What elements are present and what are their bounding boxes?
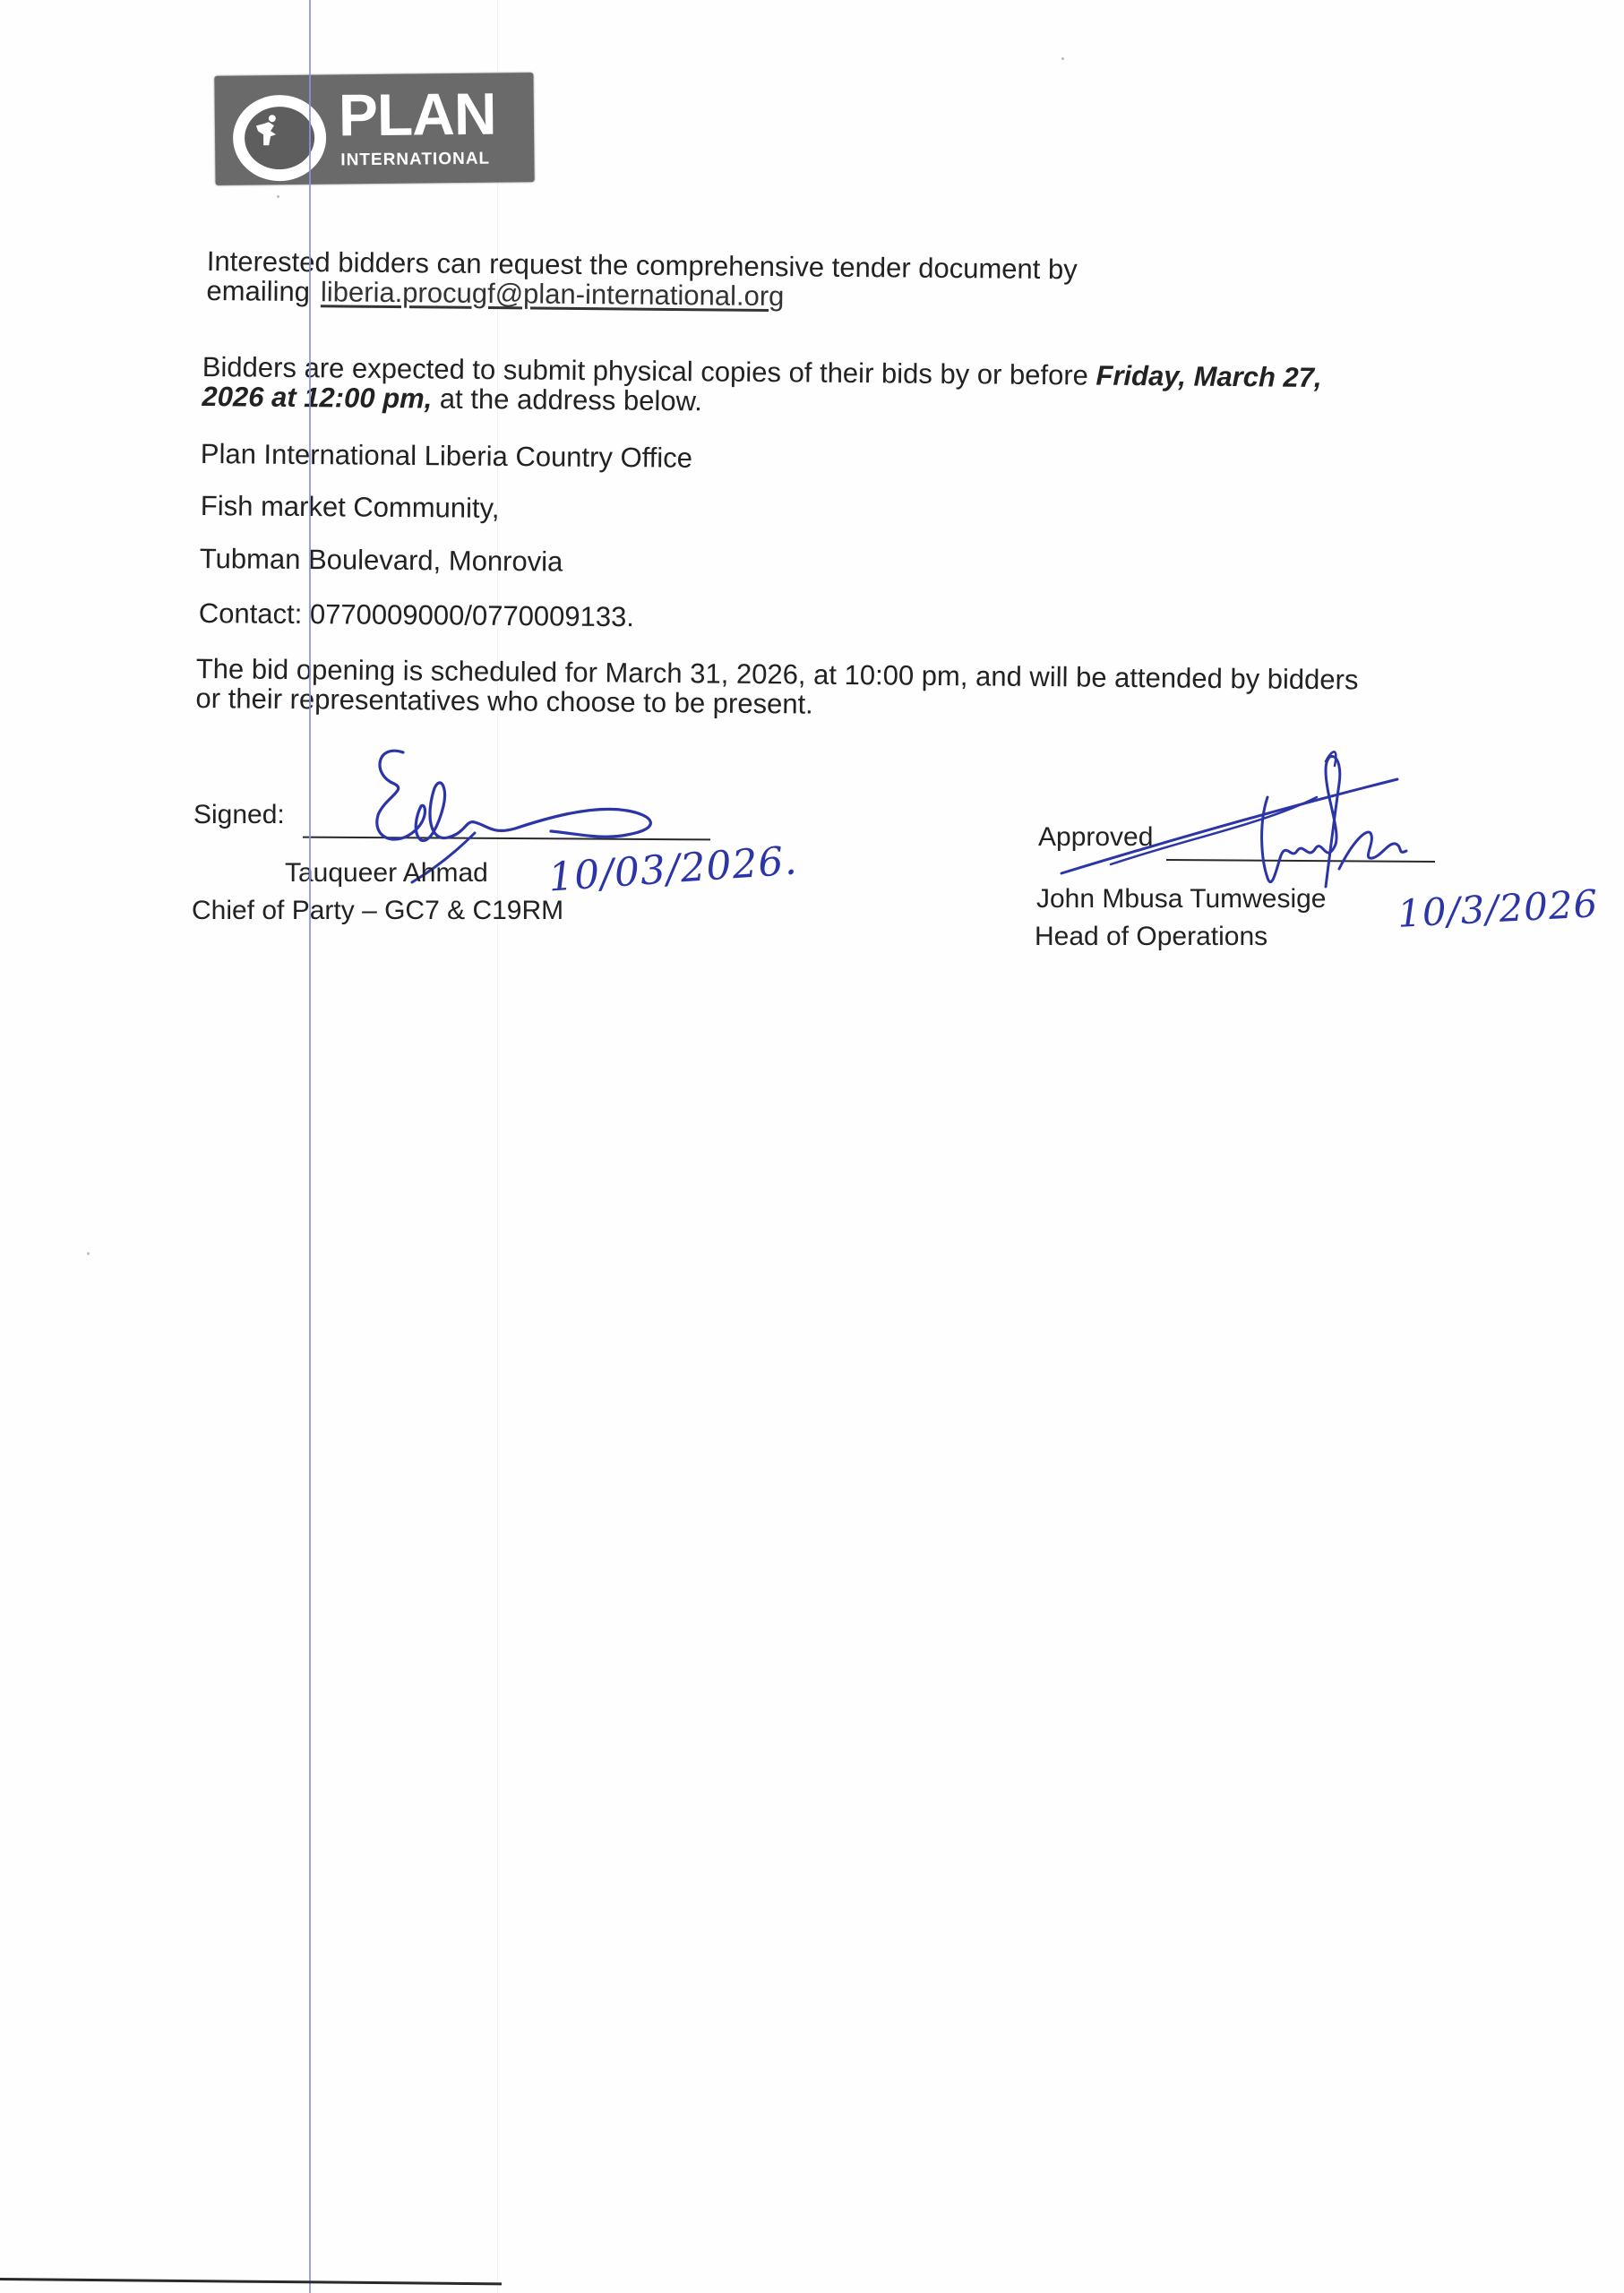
contact-label: Contact: (199, 597, 303, 630)
approver-title: Head of Operations (1035, 922, 1267, 952)
signed-label: Signed: (193, 800, 285, 830)
approver-name: John Mbusa Tumwesige (1036, 884, 1327, 915)
submission-paragraph: Bidders are expected to submit physical … (202, 352, 1321, 422)
request-paragraph: Interested bidders can request the compr… (206, 246, 1078, 313)
address-street: Tubman Boulevard, Monrovia (200, 544, 563, 577)
scan-artifact-vertical-line (309, 0, 311, 2293)
emailing-prefix: emailing (206, 275, 310, 307)
deadline-time: 2026 at 12:00 pm, (202, 381, 432, 414)
signer-name: Tauqueer Ahmad (285, 858, 488, 889)
handwritten-date-approved: 10/3/2026 (1396, 881, 1600, 936)
scan-shade (497, 0, 498, 2293)
logo-wordmark: PLAN (338, 84, 495, 145)
child-figure-icon (253, 113, 283, 149)
scanned-page: PLAN INTERNATIONAL Interested bidders ca… (0, 0, 1624, 2293)
submission-tail: at the address below. (432, 382, 702, 417)
scan-speck (87, 1252, 90, 1255)
address-office: Plan International Liberia Country Offic… (201, 439, 692, 473)
contact-phone: 0770009000/0770009133. (310, 598, 634, 632)
bid-opening-paragraph: The bid opening is scheduled for March 3… (195, 654, 1358, 724)
email-link[interactable]: liberia.procugf@plan-international.org (321, 276, 785, 312)
scan-speck (277, 195, 279, 198)
address-community: Fish market Community, (201, 491, 500, 523)
logo-subtitle: INTERNATIONAL (340, 150, 490, 169)
scan-speck (1061, 57, 1064, 60)
plan-international-logo: PLAN INTERNATIONAL (214, 73, 534, 185)
deadline-date: Friday, March 27, (1096, 360, 1321, 393)
scan-artifact-bottom-line (0, 2278, 502, 2285)
contact-line: Contact: 0770009000/0770009133. (199, 598, 634, 631)
signer-title: Chief of Party – GC7 & C19RM (192, 896, 563, 926)
